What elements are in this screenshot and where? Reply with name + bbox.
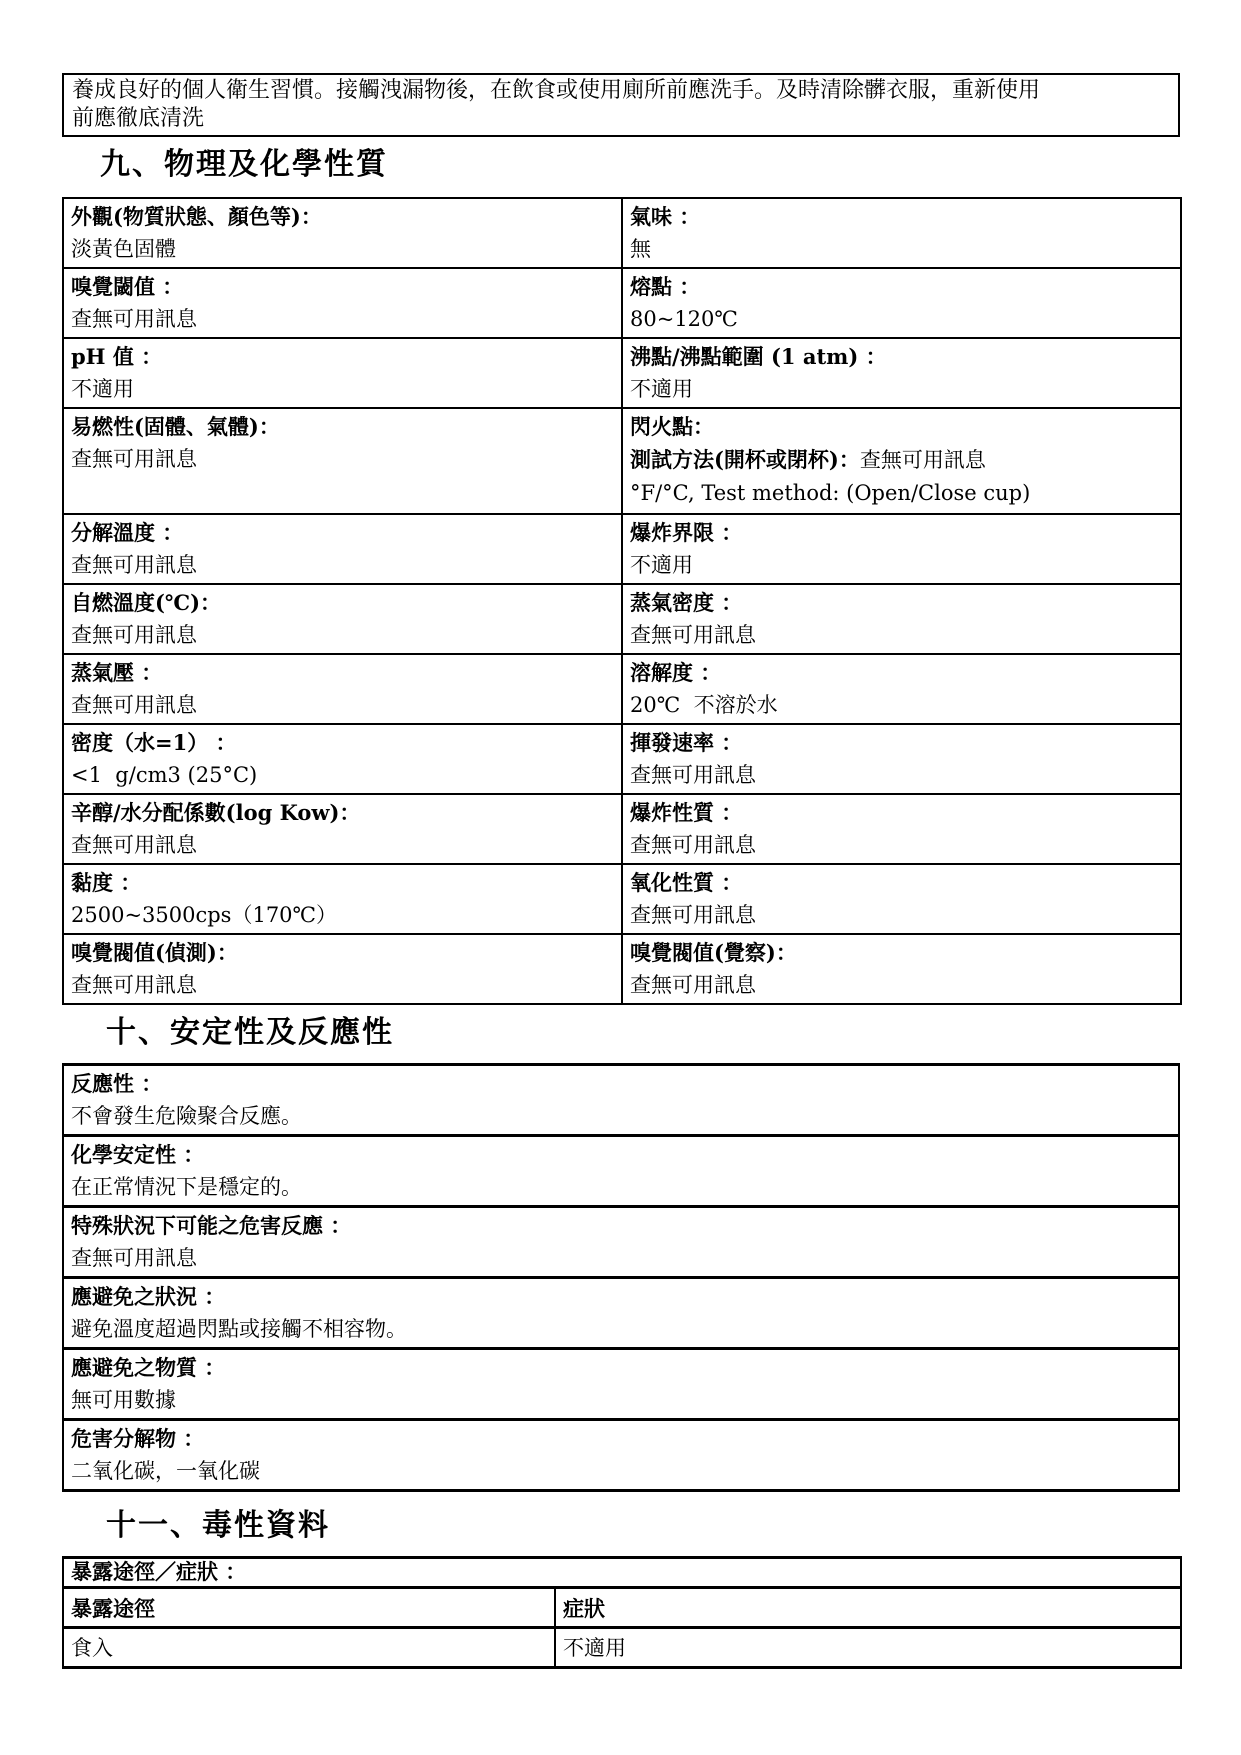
field-value: 不適用 bbox=[630, 549, 1173, 582]
toxicological-information-table: 暴露途徑／症狀 ： 暴露途徑 症狀 食入 不適用 bbox=[62, 1556, 1182, 1669]
field-value: 查無可用訊息 bbox=[71, 829, 614, 862]
field-label: 自燃溫度(℃)： bbox=[71, 586, 614, 619]
hygiene-note-box: 養成良好的個人衛生習慣。接觸洩漏物後，在飲食或使用廁所前應洗手。及時清除髒衣服，… bbox=[62, 73, 1180, 137]
odor-threshold-cell: 嗅覺閾值 ： 查無可用訊息 bbox=[63, 268, 622, 338]
field-label: 嗅覺閥值(偵測)： bbox=[71, 936, 614, 969]
evaporation-rate-cell: 揮發速率 ： 查無可用訊息 bbox=[622, 724, 1181, 794]
field-value: 查無可用訊息 bbox=[71, 1242, 1171, 1275]
field-label: 辛醇/水分配係數(log Kow)： bbox=[71, 796, 614, 829]
field-value: 80~120℃ bbox=[630, 303, 1173, 336]
vapor-pressure-cell: 蒸氣壓 ： 查無可用訊息 bbox=[63, 654, 622, 724]
field-value: °F/°C, Test method: (Open/Close cup) bbox=[630, 477, 1173, 510]
field-value: <1 g/cm3 (25°C) bbox=[71, 759, 614, 792]
field-value: 20℃ 不溶於水 bbox=[630, 689, 1173, 722]
field-label: 溶解度 ： bbox=[630, 656, 1173, 689]
route-value-cell: 食入 bbox=[63, 1628, 555, 1668]
column-header: 症狀 bbox=[563, 1592, 1173, 1625]
field-label: 外觀(物質狀態、顏色等)： bbox=[71, 200, 614, 233]
exposure-route-symptom-title-cell: 暴露途徑／症狀 ： bbox=[63, 1558, 1181, 1588]
field-value: 食入 bbox=[71, 1632, 547, 1665]
reactivity-cell: 反應性 ： 不會發生危險聚合反應。 bbox=[63, 1065, 1179, 1136]
table-row: 黏度 ： 2500~3500cps（170℃） 氧化性質 ： 查無可用訊息 bbox=[63, 864, 1181, 934]
oxidizing-properties-cell: 氧化性質 ： 查無可用訊息 bbox=[622, 864, 1181, 934]
field-label: 嗅覺閥值(覺察)： bbox=[630, 936, 1173, 969]
table-row: 密度（水=1） ： <1 g/cm3 (25°C) 揮發速率 ： 查無可用訊息 bbox=[63, 724, 1181, 794]
field-value: 查無可用訊息 bbox=[630, 899, 1173, 932]
field-label: 氣味 ： bbox=[630, 200, 1173, 233]
field-label: 爆炸界限 ： bbox=[630, 516, 1173, 549]
materials-to-avoid-cell: 應避免之物質 ： 無可用數據 bbox=[63, 1349, 1179, 1420]
hygiene-note-line: 養成良好的個人衛生習慣。接觸洩漏物後，在飲食或使用廁所前應洗手。及時清除髒衣服，… bbox=[72, 77, 1170, 105]
field-label: pH 值 ： bbox=[71, 340, 614, 373]
field-label: 特殊狀況下可能之危害反應 ： bbox=[71, 1209, 1171, 1242]
flash-point-cell: 閃火點： 測試方法(開杯或閉杯)：查無可用訊息 °F/°C, Test meth… bbox=[622, 408, 1181, 514]
table-title: 暴露途徑／症狀 ： bbox=[71, 1560, 1173, 1584]
field-value: 2500~3500cps（170℃） bbox=[71, 899, 614, 932]
field-value: 查無可用訊息 bbox=[71, 549, 614, 582]
boiling-point-cell: 沸點/沸點範圍 (1 atm) ： 不適用 bbox=[622, 338, 1181, 408]
table-row: 辛醇/水分配係數(log Kow)： 查無可用訊息 爆炸性質 ： 查無可用訊息 bbox=[63, 794, 1181, 864]
field-label: 分解溫度 ： bbox=[71, 516, 614, 549]
field-value: 不適用 bbox=[563, 1632, 1173, 1665]
document-page: 養成良好的個人衛生習慣。接觸洩漏物後，在飲食或使用廁所前應洗手。及時清除髒衣服，… bbox=[62, 73, 1180, 1669]
section-11-heading: 十一、毒性資料 bbox=[106, 1506, 1180, 1546]
field-value: 不適用 bbox=[71, 373, 614, 406]
section-9-heading: 九、物理及化學性質 bbox=[100, 145, 1180, 185]
field-label: 沸點/沸點範圍 (1 atm) ： bbox=[630, 340, 1173, 373]
table-row: 自燃溫度(℃)： 查無可用訊息 蒸氣密度 ： 查無可用訊息 bbox=[63, 584, 1181, 654]
explosion-limits-cell: 爆炸界限 ： 不適用 bbox=[622, 514, 1181, 584]
field-label: 熔點 ： bbox=[630, 270, 1173, 303]
field-label: 閃火點： bbox=[630, 410, 1173, 443]
field-subvalue: 查無可用訊息 bbox=[860, 448, 986, 472]
table-row: 嗅覺閾值 ： 查無可用訊息 熔點 ： 80~120℃ bbox=[63, 268, 1181, 338]
field-label: 蒸氣密度 ： bbox=[630, 586, 1173, 619]
field-value: 不會發生危險聚合反應。 bbox=[71, 1100, 1171, 1133]
field-value: 二氧化碳，一氧化碳 bbox=[71, 1455, 1171, 1488]
table-row: 分解溫度 ： 查無可用訊息 爆炸界限 ： 不適用 bbox=[63, 514, 1181, 584]
field-value: 查無可用訊息 bbox=[630, 829, 1173, 862]
physical-chemical-properties-table: 外觀(物質狀態、顏色等)： 淡黃色固體 氣味 ： 無 嗅覺閾值 ： 查無可用訊息… bbox=[62, 197, 1182, 1005]
melting-point-cell: 熔點 ： 80~120℃ bbox=[622, 268, 1181, 338]
field-value: 查無可用訊息 bbox=[630, 969, 1173, 1002]
table-row: 蒸氣壓 ： 查無可用訊息 溶解度 ： 20℃ 不溶於水 bbox=[63, 654, 1181, 724]
table-row: 應避免之狀況 ： 避免溫度超過閃點或接觸不相容物。 bbox=[63, 1278, 1179, 1349]
field-value: 查無可用訊息 bbox=[71, 303, 614, 336]
hazardous-decomposition-cell: 危害分解物 ： 二氧化碳，一氧化碳 bbox=[63, 1420, 1179, 1491]
symptom-header-cell: 症狀 bbox=[555, 1588, 1181, 1628]
field-value: 查無可用訊息 bbox=[630, 759, 1173, 792]
field-value: 查無可用訊息 bbox=[71, 619, 614, 652]
field-value: 不適用 bbox=[630, 373, 1173, 406]
decomposition-temp-cell: 分解溫度 ： 查無可用訊息 bbox=[63, 514, 622, 584]
field-label: 應避免之物質 ： bbox=[71, 1351, 1171, 1384]
autoignition-temp-cell: 自燃溫度(℃)： 查無可用訊息 bbox=[63, 584, 622, 654]
table-row: 食入 不適用 bbox=[63, 1628, 1181, 1668]
field-value: 淡黃色固體 bbox=[71, 233, 614, 266]
field-label: 化學安定性 ： bbox=[71, 1138, 1171, 1171]
field-value: 查無可用訊息 bbox=[71, 443, 614, 476]
table-row: 化學安定性 ： 在正常情況下是穩定的。 bbox=[63, 1136, 1179, 1207]
conditions-to-avoid-cell: 應避免之狀況 ： 避免溫度超過閃點或接觸不相容物。 bbox=[63, 1278, 1179, 1349]
field-label: 蒸氣壓 ： bbox=[71, 656, 614, 689]
field-label: 反應性 ： bbox=[71, 1067, 1171, 1100]
section-10-heading: 十、安定性及反應性 bbox=[106, 1013, 1180, 1053]
field-label: 嗅覺閾值 ： bbox=[71, 270, 614, 303]
vapor-density-cell: 蒸氣密度 ： 查無可用訊息 bbox=[622, 584, 1181, 654]
hazardous-reactions-cell: 特殊狀況下可能之危害反應 ： 查無可用訊息 bbox=[63, 1207, 1179, 1278]
ph-cell: pH 值 ： 不適用 bbox=[63, 338, 622, 408]
table-row: 外觀(物質狀態、顏色等)： 淡黃色固體 氣味 ： 無 bbox=[63, 198, 1181, 268]
partition-coefficient-cell: 辛醇/水分配係數(log Kow)： 查無可用訊息 bbox=[63, 794, 622, 864]
field-label: 黏度 ： bbox=[71, 866, 614, 899]
table-row: 特殊狀況下可能之危害反應 ： 查無可用訊息 bbox=[63, 1207, 1179, 1278]
hygiene-note-line: 前應徹底清洗 bbox=[72, 105, 1170, 133]
field-label: 易燃性(固體、氣體)： bbox=[71, 410, 614, 443]
odor-threshold-detection-cell: 嗅覺閥值(偵測)： 查無可用訊息 bbox=[63, 934, 622, 1004]
field-label: 應避免之狀況 ： bbox=[71, 1280, 1171, 1313]
field-value: 測試方法(開杯或閉杯)：查無可用訊息 bbox=[630, 443, 1173, 477]
field-label: 密度（水=1） ： bbox=[71, 726, 614, 759]
field-value: 查無可用訊息 bbox=[630, 619, 1173, 652]
odor-cell: 氣味 ： 無 bbox=[622, 198, 1181, 268]
field-value: 查無可用訊息 bbox=[71, 689, 614, 722]
table-header-row: 暴露途徑 症狀 bbox=[63, 1588, 1181, 1628]
field-label: 危害分解物 ： bbox=[71, 1422, 1171, 1455]
field-label: 氧化性質 ： bbox=[630, 866, 1173, 899]
field-value: 避免溫度超過閃點或接觸不相容物。 bbox=[71, 1313, 1171, 1346]
column-header: 暴露途徑 bbox=[71, 1592, 547, 1625]
table-row: pH 值 ： 不適用 沸點/沸點範圍 (1 atm) ： 不適用 bbox=[63, 338, 1181, 408]
table-row: 應避免之物質 ： 無可用數據 bbox=[63, 1349, 1179, 1420]
table-row: 反應性 ： 不會發生危險聚合反應。 bbox=[63, 1065, 1179, 1136]
solubility-cell: 溶解度 ： 20℃ 不溶於水 bbox=[622, 654, 1181, 724]
stability-reactivity-table: 反應性 ： 不會發生危險聚合反應。 化學安定性 ： 在正常情況下是穩定的。 特殊… bbox=[62, 1063, 1180, 1492]
field-value: 無 bbox=[630, 233, 1173, 266]
table-row: 危害分解物 ： 二氧化碳，一氧化碳 bbox=[63, 1420, 1179, 1491]
route-header-cell: 暴露途徑 bbox=[63, 1588, 555, 1628]
odor-threshold-recognition-cell: 嗅覺閥值(覺察)： 查無可用訊息 bbox=[622, 934, 1181, 1004]
table-row: 易燃性(固體、氣體)： 查無可用訊息 閃火點： 測試方法(開杯或閉杯)：查無可用… bbox=[63, 408, 1181, 514]
field-value: 無可用數據 bbox=[71, 1384, 1171, 1417]
chemical-stability-cell: 化學安定性 ： 在正常情況下是穩定的。 bbox=[63, 1136, 1179, 1207]
symptom-value-cell: 不適用 bbox=[555, 1628, 1181, 1668]
explosive-properties-cell: 爆炸性質 ： 查無可用訊息 bbox=[622, 794, 1181, 864]
table-row: 嗅覺閥值(偵測)： 查無可用訊息 嗅覺閥值(覺察)： 查無可用訊息 bbox=[63, 934, 1181, 1004]
field-label: 揮發速率 ： bbox=[630, 726, 1173, 759]
field-value: 查無可用訊息 bbox=[71, 969, 614, 1002]
density-cell: 密度（水=1） ： <1 g/cm3 (25°C) bbox=[63, 724, 622, 794]
field-sublabel: 測試方法(開杯或閉杯)： bbox=[630, 447, 860, 472]
flammability-cell: 易燃性(固體、氣體)： 查無可用訊息 bbox=[63, 408, 622, 514]
appearance-cell: 外觀(物質狀態、顏色等)： 淡黃色固體 bbox=[63, 198, 622, 268]
field-value: 在正常情況下是穩定的。 bbox=[71, 1171, 1171, 1204]
table-row: 暴露途徑／症狀 ： bbox=[63, 1558, 1181, 1588]
field-label: 爆炸性質 ： bbox=[630, 796, 1173, 829]
viscosity-cell: 黏度 ： 2500~3500cps（170℃） bbox=[63, 864, 622, 934]
